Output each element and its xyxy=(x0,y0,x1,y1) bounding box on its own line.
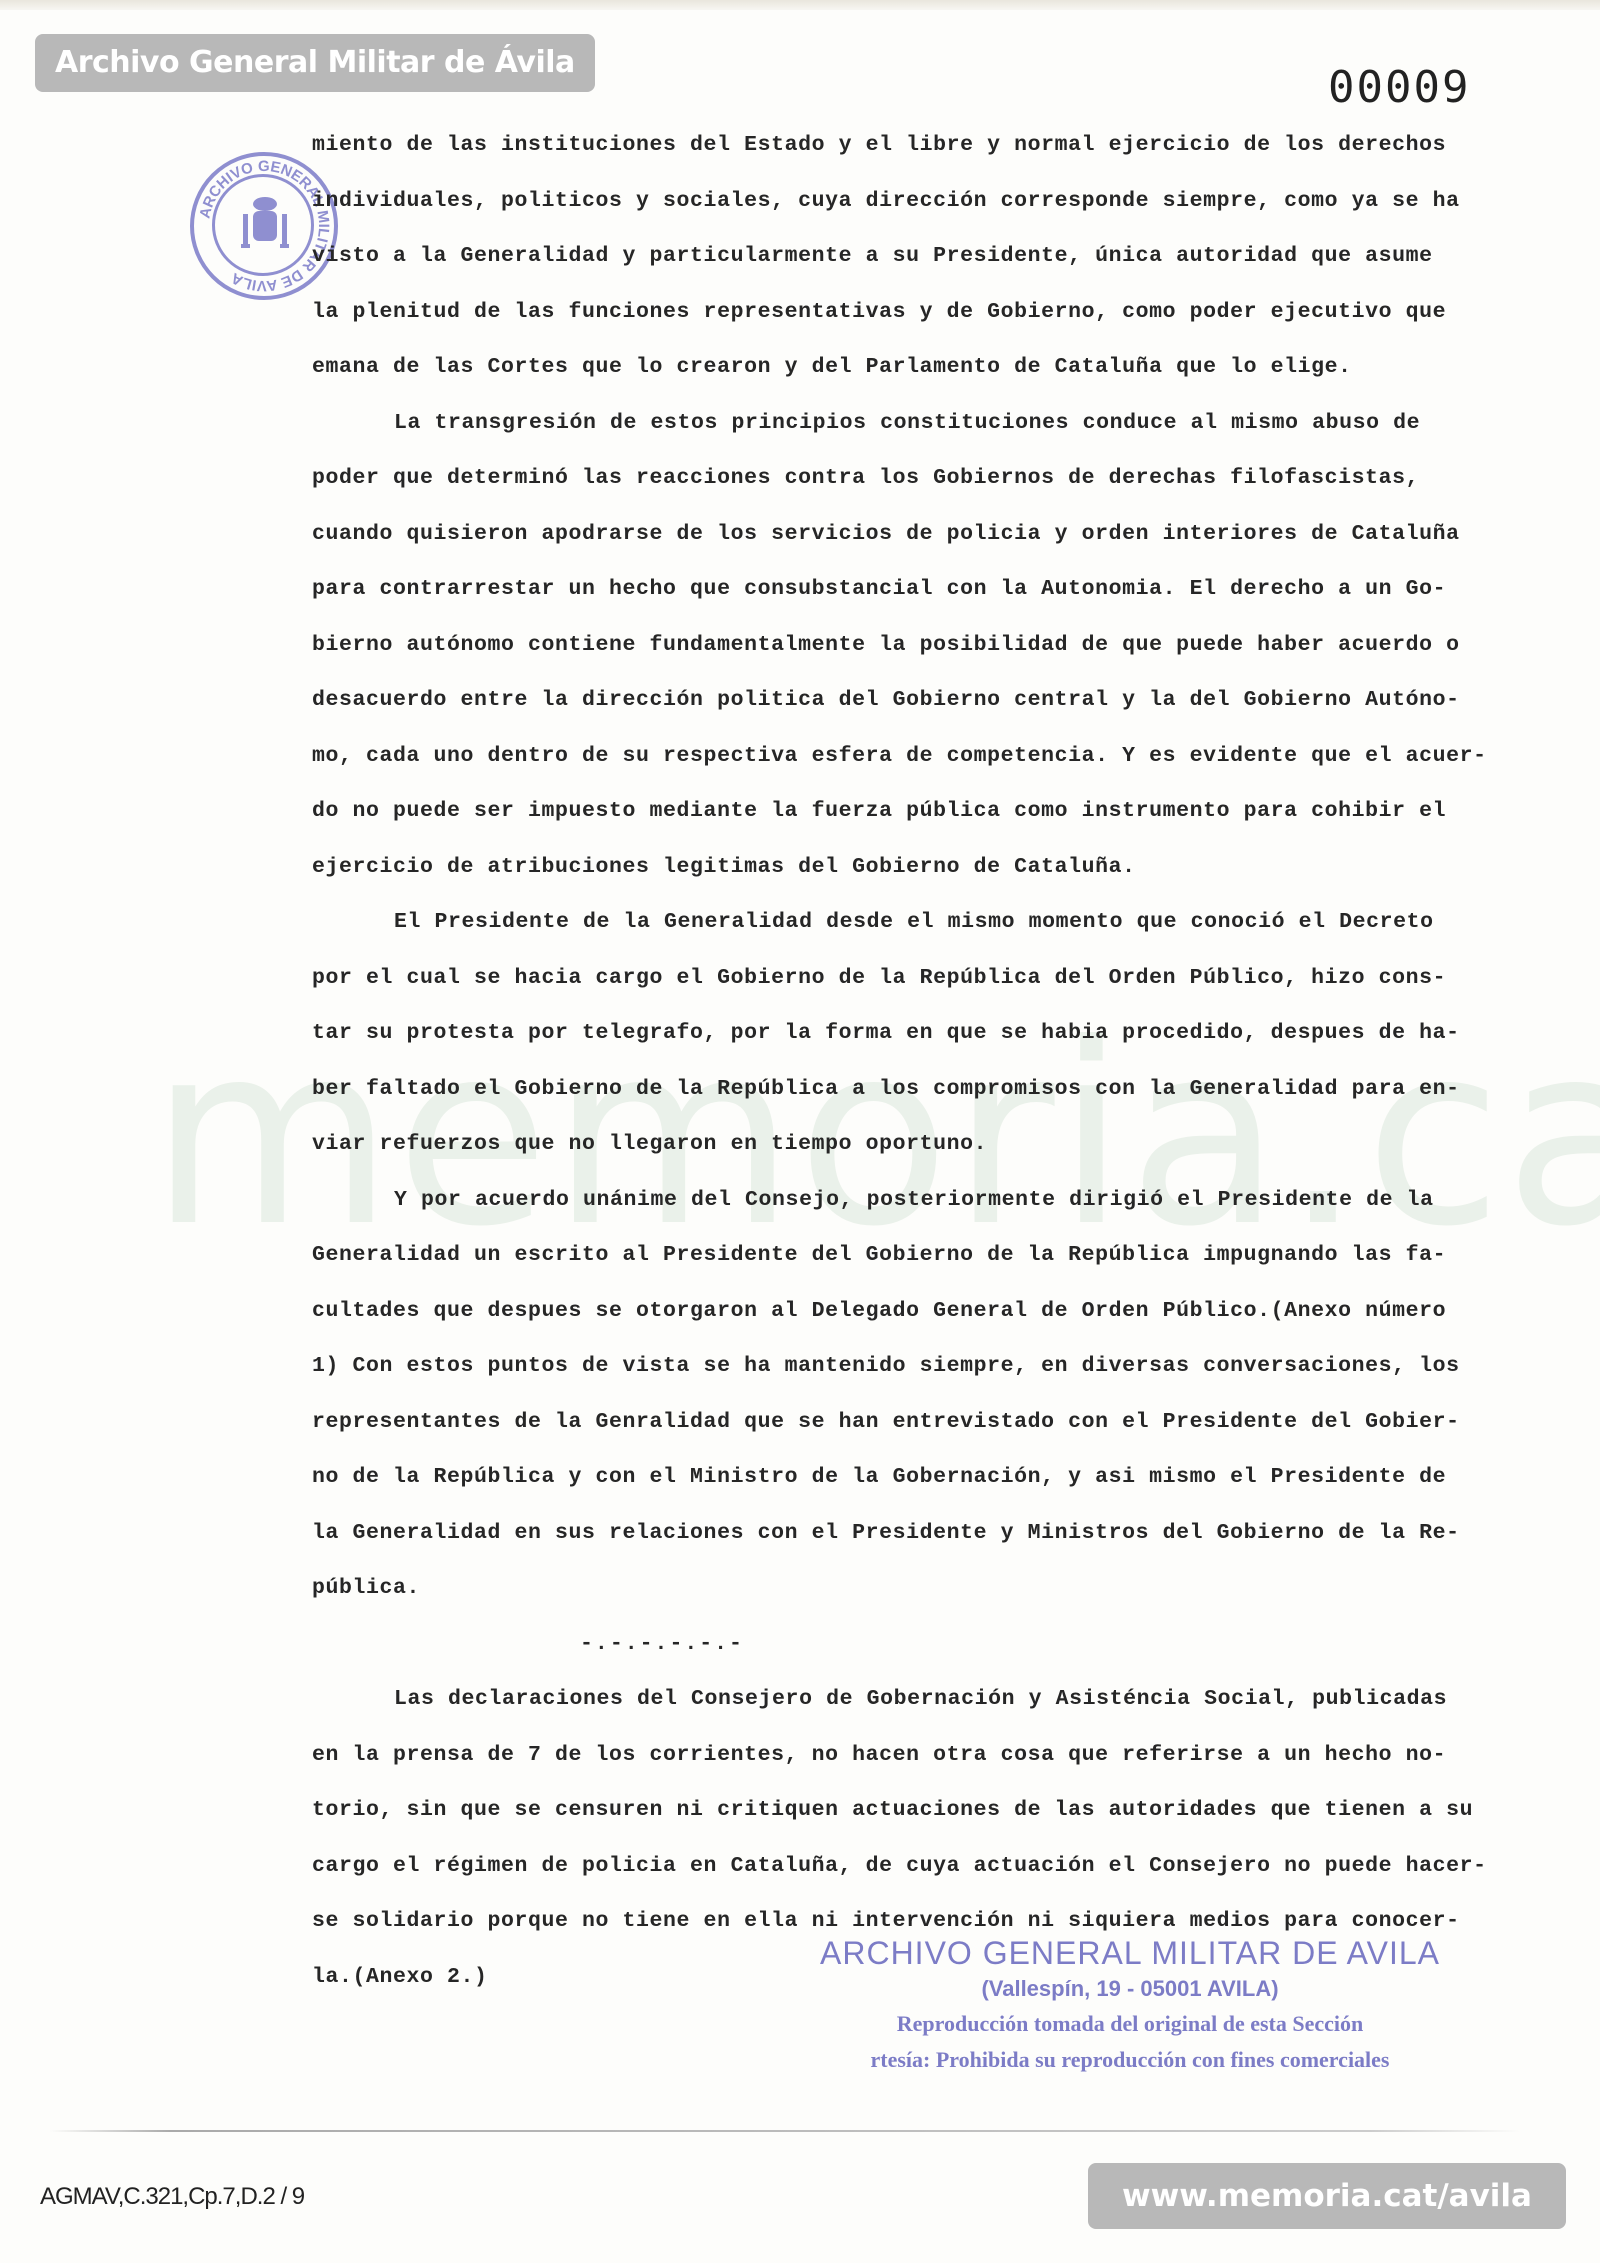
paragraph-start: Las declaraciones del Consejero de Gober… xyxy=(312,1672,1512,1728)
text-line: para contrarrestar un hecho que consubst… xyxy=(312,562,1512,618)
text-line: bierno autónomo contiene fundamentalment… xyxy=(312,618,1512,674)
text-line: ejercicio de atribuciones legitimas del … xyxy=(312,840,1512,896)
page-number: 00009 xyxy=(1328,62,1470,113)
text-line: en la prensa de 7 de los corrientes, no … xyxy=(312,1728,1512,1784)
text-line: mo, cada uno dentro de su respectiva esf… xyxy=(312,729,1512,785)
text-line: do no puede ser impuesto mediante la fue… xyxy=(312,784,1512,840)
archive-text-stamp: ARCHIVO GENERAL MILITAR DE AVILA (Valles… xyxy=(780,1934,1480,2078)
text-line: por el cual se hacia cargo el Gobierno d… xyxy=(312,951,1512,1007)
stamp-title: ARCHIVO GENERAL MILITAR DE AVILA xyxy=(780,1934,1480,1972)
text-line: la Generalidad en sus relaciones con el … xyxy=(312,1506,1512,1562)
coat-of-arms-icon xyxy=(240,194,290,254)
document-body: miento de las instituciones del Estado y… xyxy=(312,118,1512,2005)
text-line: visto a la Generalidad y particularmente… xyxy=(312,229,1512,285)
text-line: emana de las Cortes que lo crearon y del… xyxy=(312,340,1512,396)
paragraph-start: El Presidente de la Generalidad desde el… xyxy=(312,895,1512,951)
stamp-prohibition-note: rtesía: Prohibida su reproducción con fi… xyxy=(780,2042,1480,2078)
text-line: la plenitud de las funciones representat… xyxy=(312,285,1512,341)
section-separator: -.-.-.-.-.- xyxy=(312,1617,1012,1673)
text-line: torio, sin que se censuren ni critiquen … xyxy=(312,1783,1512,1839)
text-line: miento de las instituciones del Estado y… xyxy=(312,118,1512,174)
text-line: Generalidad un escrito al Presidente del… xyxy=(312,1228,1512,1284)
page-edge xyxy=(0,0,1600,10)
paragraph-start: Y por acuerdo unánime del Consejo, poste… xyxy=(312,1173,1512,1229)
text-line: ber faltado el Gobierno de la República … xyxy=(312,1062,1512,1118)
stamp-address: (Vallespín, 19 - 05001 AVILA) xyxy=(780,1972,1480,2006)
text-line: cultades que despues se otorgaron al Del… xyxy=(312,1284,1512,1340)
text-line: cuando quisieron apodrarse de los servic… xyxy=(312,507,1512,563)
text-line: cargo el régimen de policia en Cataluña,… xyxy=(312,1839,1512,1895)
text-line: pública. xyxy=(312,1561,1512,1617)
text-line: no de la República y con el Ministro de … xyxy=(312,1450,1512,1506)
page-bottom-edge xyxy=(20,2130,1520,2132)
archive-reference: AGMAV,C.321,Cp.7,D.2 / 9 xyxy=(40,2183,304,2211)
text-line: representantes de la Genralidad que se h… xyxy=(312,1395,1512,1451)
text-line: tar su protesta por telegrafo, por la fo… xyxy=(312,1006,1512,1062)
website-banner[interactable]: www.memoria.cat/avila xyxy=(1088,2163,1566,2229)
text-line: 1) Con estos puntos de vista se ha mante… xyxy=(312,1339,1512,1395)
text-line: poder que determinó las reacciones contr… xyxy=(312,451,1512,507)
stamp-reproduction-note: Reproducción tomada del original de esta… xyxy=(780,2006,1480,2042)
text-line: individuales, politicos y sociales, cuya… xyxy=(312,174,1512,230)
text-line: viar refuerzos que no llegaron en tiempo… xyxy=(312,1117,1512,1173)
text-line: desacuerdo entre la dirección politica d… xyxy=(312,673,1512,729)
archive-banner: Archivo General Militar de Ávila xyxy=(35,34,595,92)
paragraph-start: La transgresión de estos principios cons… xyxy=(312,396,1512,452)
